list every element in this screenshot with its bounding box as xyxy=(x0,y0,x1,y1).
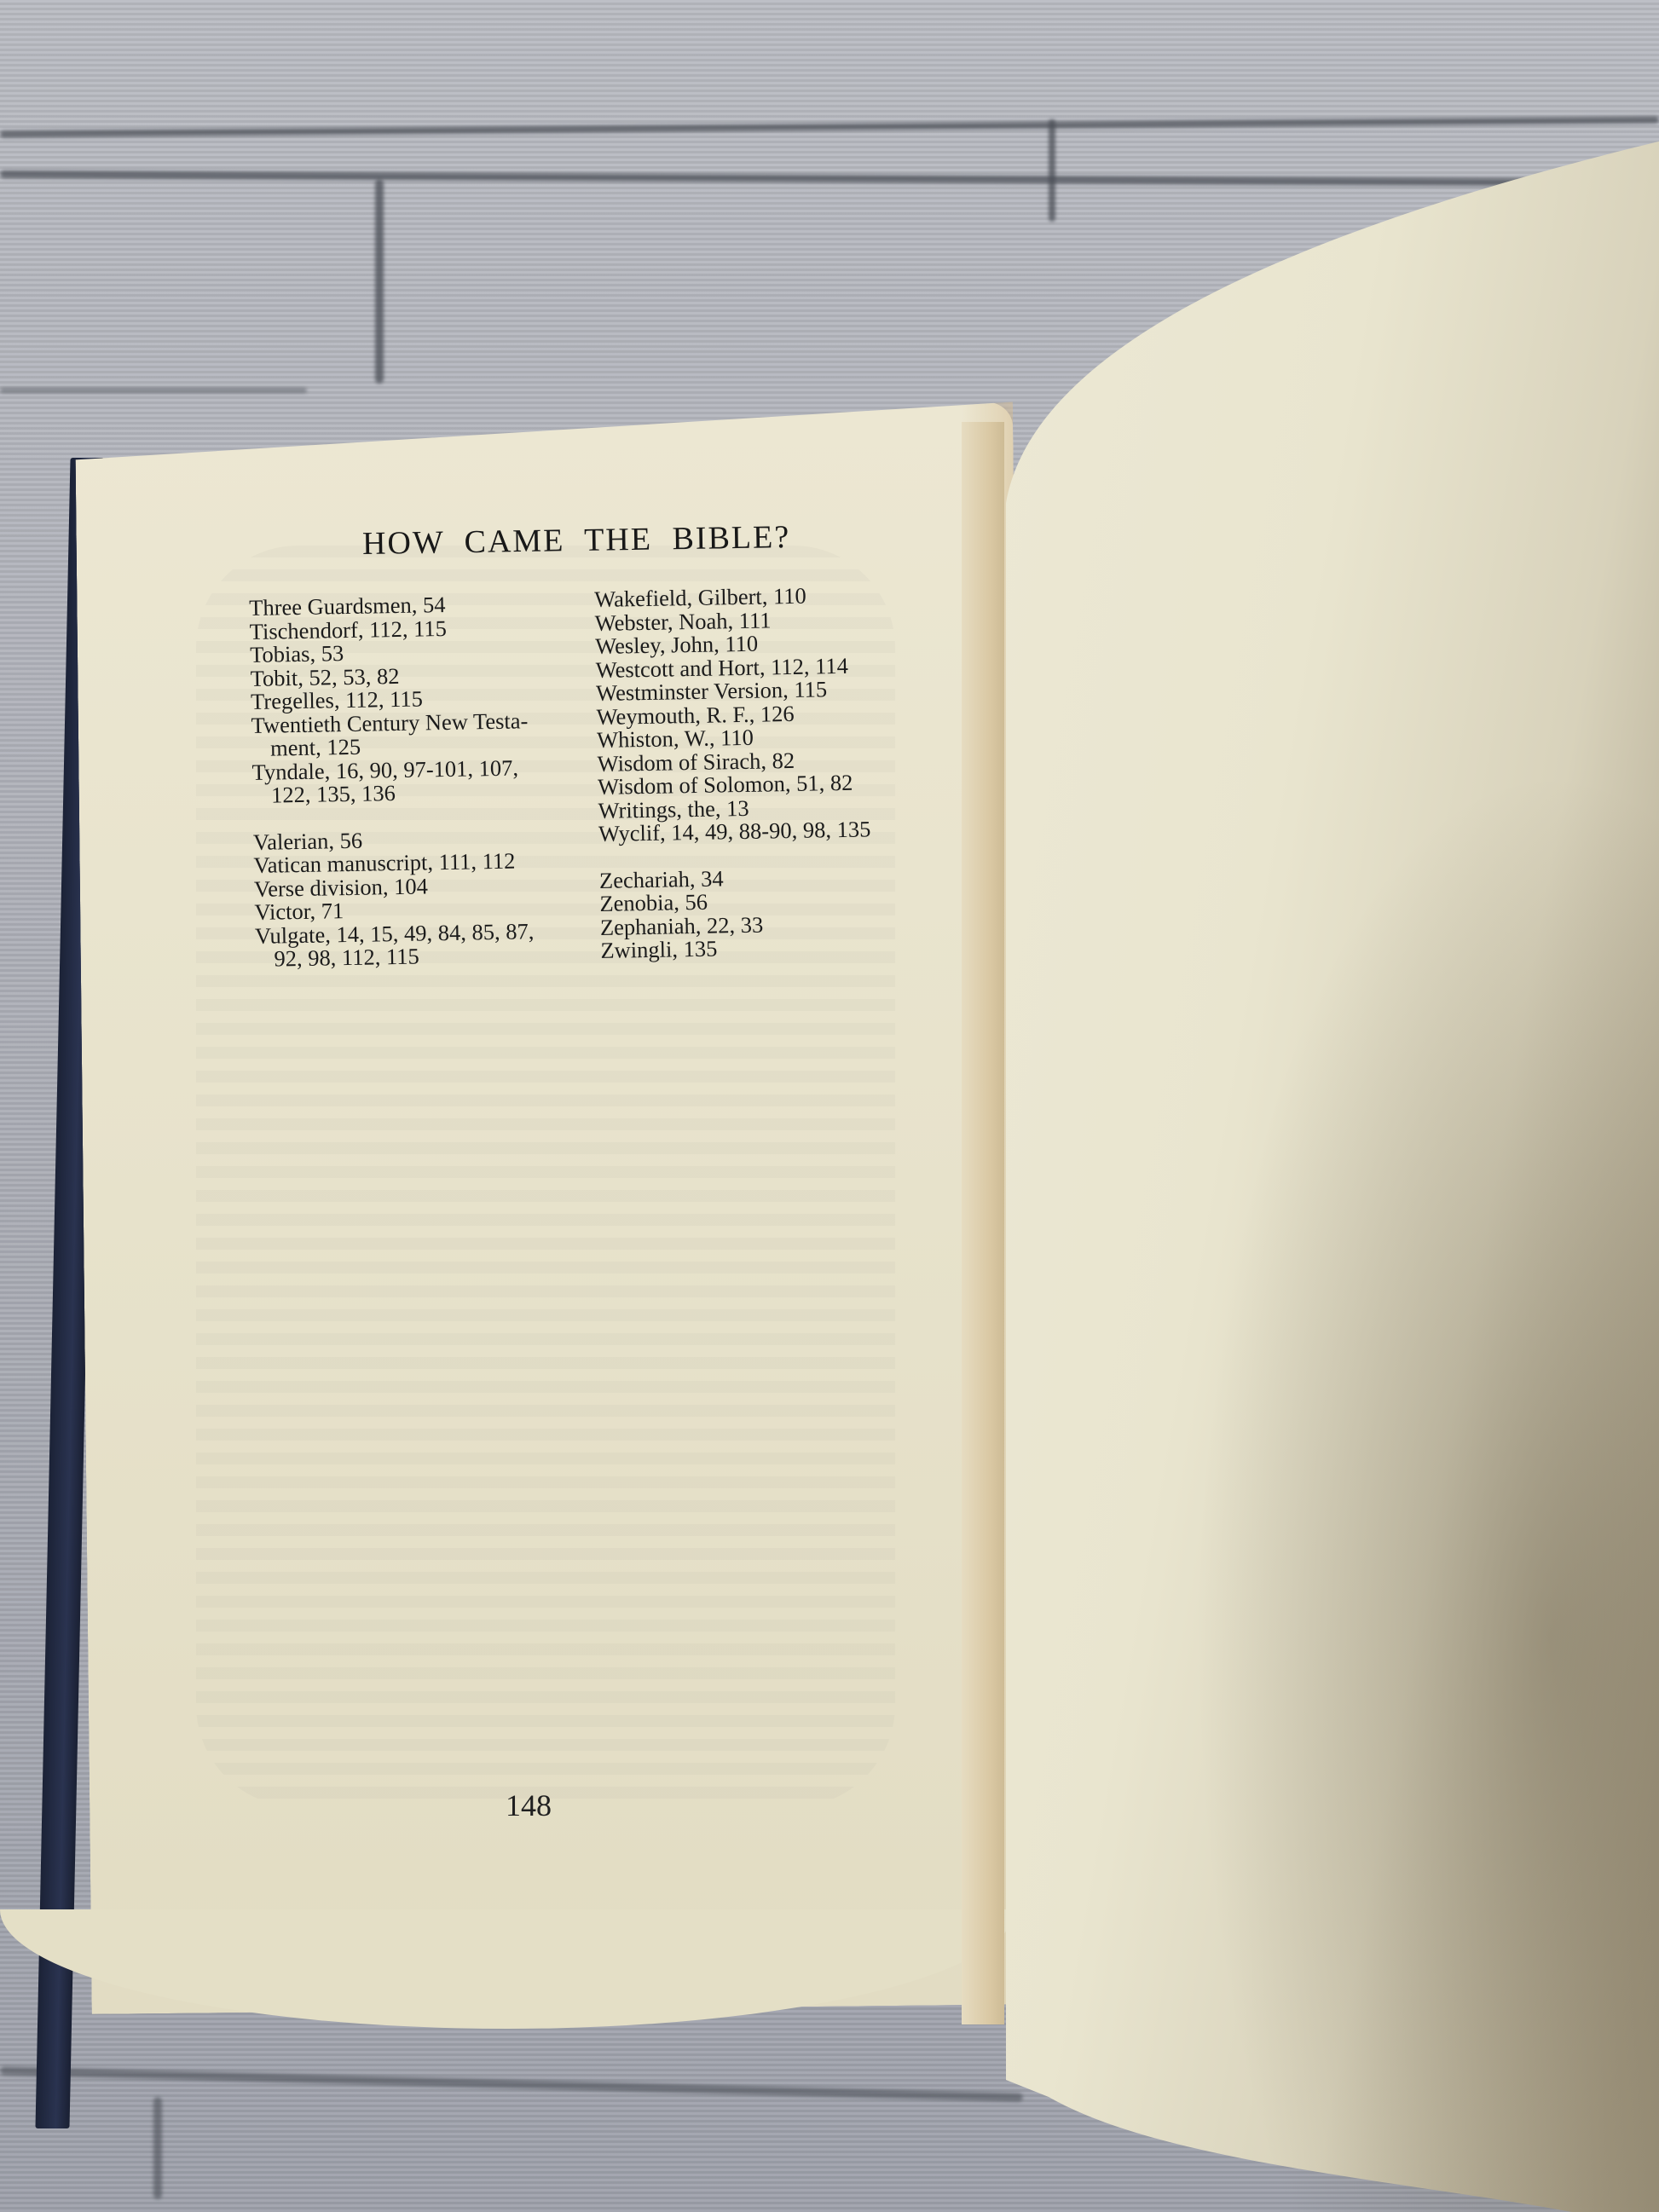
index-entry: Vulgate, 14, 15, 49, 84, 85, 87,92, 98, … xyxy=(255,918,597,971)
index-term-continuation: 92, 98, 112, 115 xyxy=(255,942,596,971)
index-entry: Twentieth Century New Testa-ment, 125 xyxy=(251,707,592,760)
running-head: HOW CAME THE BIBLE? xyxy=(362,518,791,563)
page-number: 148 xyxy=(506,1788,552,1823)
index-term: Zwingli, 135 xyxy=(600,936,717,963)
index-page-content: HOW CAME THE BIBLE? Three Guardsmen, 54T… xyxy=(0,0,1659,2212)
index-term: Tischendorf, 112, 115 xyxy=(249,615,447,644)
index-column-right: Wakefield, Gilbert, 110Webster, Noah, 11… xyxy=(594,582,959,963)
index-entry: Tyndale, 16, 90, 97-101, 107,122, 135, 1… xyxy=(251,754,593,807)
index-entry: Zwingli, 135 xyxy=(600,933,958,963)
index-term: Wyclif, 14, 49, 88-90, 98, 135 xyxy=(598,816,871,846)
index-column-left: Three Guardsmen, 54Tischendorf, 112, 115… xyxy=(249,591,597,971)
index-term: Twentieth Century New Testa- xyxy=(251,707,528,738)
